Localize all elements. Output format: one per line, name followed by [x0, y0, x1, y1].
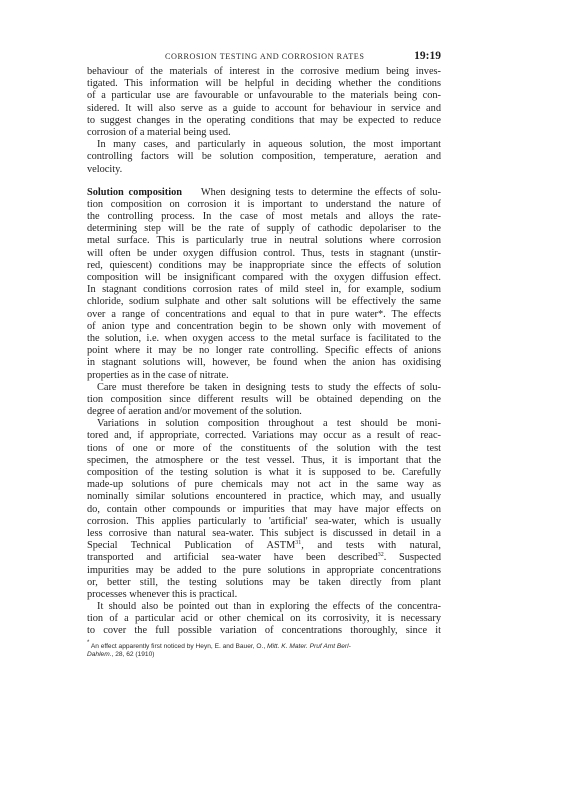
text-fragment: , and tests with natural,	[301, 540, 441, 551]
section-first-line: Solution composition When designing test…	[87, 187, 441, 199]
text-line: behaviour of the materials of interest i…	[87, 66, 441, 78]
text-line: tigated. This information will be helpfu…	[87, 78, 441, 90]
text-line: over a range of concentrations and equal…	[87, 309, 441, 321]
text-line: composition will be insignificant compar…	[87, 272, 441, 284]
text-line: of anion type and concentration begin to…	[87, 321, 441, 333]
journal-title-cont: Dahlem	[87, 651, 110, 658]
text-line: in stagnant solutions will, however, be …	[87, 357, 441, 369]
text-line: specimen, the atmosphere or the test ves…	[87, 455, 441, 467]
text-line: determining step will be the rate of sup…	[87, 223, 441, 235]
text-line: tored and, if appropriate, corrected. Va…	[87, 430, 441, 442]
text-line: will often be under oxygen diffusion con…	[87, 248, 441, 260]
text-fragment: transported and artificial sea-water hav…	[87, 552, 378, 563]
text-line: chloride, sodium sulphate and other salt…	[87, 296, 441, 308]
text-line: sidered. It will also serve as a guide t…	[87, 103, 441, 115]
footnote-line: Dahlem., 28, 62 (1910)	[87, 651, 441, 659]
text-line-with-reference: transported and artificial sea-water hav…	[87, 552, 441, 564]
running-title: CORROSION TESTING AND CORROSION RATES	[165, 52, 364, 61]
text-line: tion composition on corrosion it is impo…	[87, 199, 441, 211]
page-header: CORROSION TESTING AND CORROSION RATES 19…	[87, 50, 441, 64]
text-line: the solution, i.e. when oxygen access to…	[87, 333, 441, 345]
text-line: velocity.	[87, 164, 441, 176]
text-line: metal surface. This is particularly true…	[87, 235, 441, 247]
text-line: degree of aeration and/or movement of th…	[87, 406, 441, 418]
text-line: made-up solutions of pure chemicals may …	[87, 479, 441, 491]
citation-details: ., 28, 62 (1910)	[110, 651, 155, 658]
text-line: tion composition since different results…	[87, 394, 441, 406]
text-line: impurities may be added to the pure solu…	[87, 565, 441, 577]
section-heading: Solution composition	[87, 187, 182, 198]
text-line-with-reference: Special Technical Publication of ASTM31,…	[87, 540, 441, 552]
text-line: properties as in the case of nitrate.	[87, 370, 441, 382]
text-fragment: . Suspected	[384, 552, 441, 563]
document-page: CORROSION TESTING AND CORROSION RATES 19…	[0, 0, 564, 800]
text-line: In many cases, and particularly in aqueo…	[87, 139, 441, 151]
text-line: tion of a particular acid or other chemi…	[87, 613, 441, 625]
text-line: Variations in solution composition throu…	[87, 418, 441, 430]
text-line: nominally similar solutions encountered …	[87, 491, 441, 503]
text-line: of a particular use are favourable or un…	[87, 90, 441, 102]
journal-title: Mitt. K. Mater. Pruf Amt Berl-	[267, 643, 351, 650]
text-line: controlling factors will be solution com…	[87, 151, 441, 163]
text-line: tions of one or more of the constituents…	[87, 443, 441, 455]
text-line: to suggest changes in the operating cond…	[87, 115, 441, 127]
text-line: red, quiescent) conditions may be inappr…	[87, 260, 441, 272]
page-number: 19:19	[414, 50, 441, 62]
text-line: or, better still, the testing solutions …	[87, 577, 441, 589]
body-text: behaviour of the materials of interest i…	[87, 66, 441, 638]
text-fragment: Special Technical Publication of ASTM	[87, 540, 295, 551]
text-line: Care must therefore be taken in designin…	[87, 382, 441, 394]
text-line: It should also be pointed out than in ex…	[87, 601, 441, 613]
text-line: less corrosive than natural sea-water. T…	[87, 528, 441, 540]
paragraph-gap	[87, 176, 441, 187]
text-line: corrosion. This applies particularly to …	[87, 516, 441, 528]
footnote-line: * An effect apparently first noticed by …	[87, 643, 441, 651]
footnote-text: An effect apparently first noticed by He…	[91, 643, 265, 650]
text-line: do, contain other compounds or impuritie…	[87, 504, 441, 516]
text-line: corrosion of a material being used.	[87, 127, 441, 139]
text-line: point where it may be no longer rate con…	[87, 345, 441, 357]
text-line: composition of the testing solution is w…	[87, 467, 441, 479]
text-fragment: When designing tests to determine the ef…	[201, 187, 441, 198]
footnote: * An effect apparently first noticed by …	[87, 643, 441, 660]
text-line: In stagnant conditions corrosion rates o…	[87, 284, 441, 296]
text-line: to cover the full possible variation of …	[87, 625, 441, 637]
footnote-marker: *	[87, 640, 89, 646]
text-line: processes whenever this is practical.	[87, 589, 441, 601]
text-line: the controlling process. In the case of …	[87, 211, 441, 223]
